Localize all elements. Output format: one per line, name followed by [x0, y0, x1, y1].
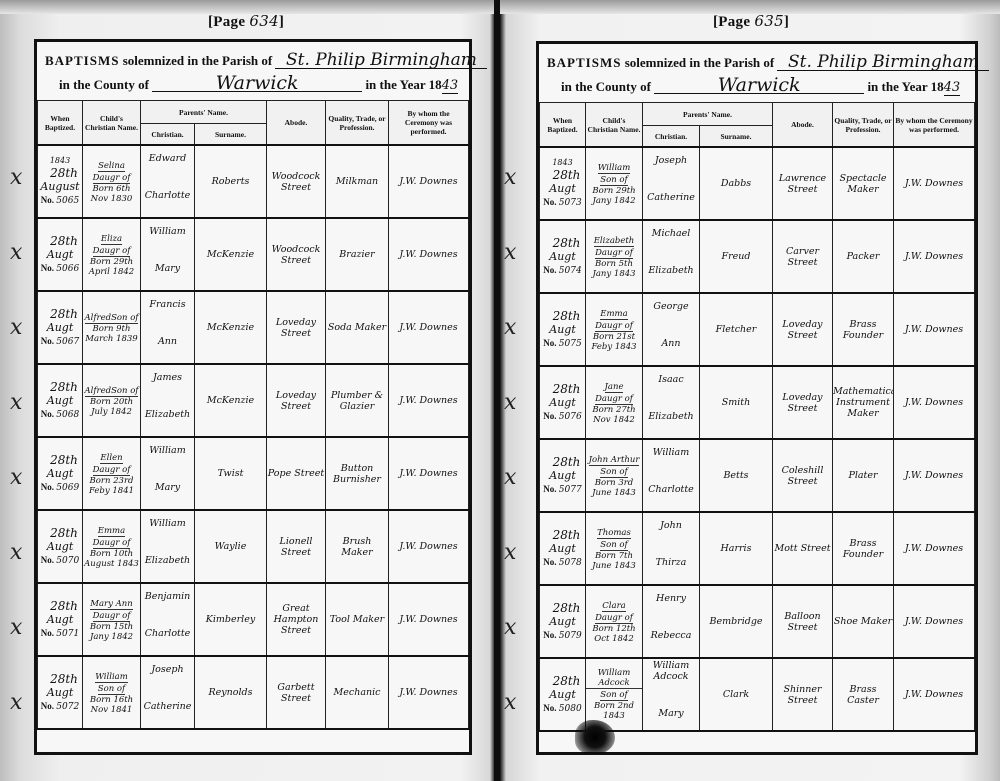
- table-row: 28thAugtNo. 5067AlfredSon ofBorn 9thMarc…: [38, 291, 469, 364]
- surname: Twist: [195, 437, 267, 510]
- child-name: William Adcock: [586, 668, 642, 689]
- parents-christian-cell: GeorgeAnn: [643, 293, 700, 366]
- col-surname: Surname.: [700, 126, 773, 148]
- child-name-cell: ClaraDaugr ofBorn 12thOct 1842: [586, 585, 643, 658]
- minister: J.W. Downes: [894, 658, 975, 731]
- birth-day: Born 29th: [586, 186, 642, 196]
- baptism-day: 28th: [38, 599, 82, 613]
- abode: Lawrence Street: [773, 147, 833, 220]
- birth-date: Jany 1842: [83, 632, 140, 642]
- father-name: William: [643, 447, 699, 458]
- trade: Brass Founder: [833, 293, 894, 366]
- child-relation: Son of: [111, 386, 138, 397]
- mother-name: Mary: [141, 263, 194, 274]
- child-relation: Daugr of: [93, 538, 131, 549]
- page-number: 635: [754, 12, 784, 30]
- year-suffix: 43: [944, 80, 961, 96]
- mother-name: Charlotte: [141, 628, 194, 639]
- abode: Garbett Street: [267, 656, 326, 729]
- minister: J.W. Downes: [894, 512, 975, 585]
- entry-number: No. 5079: [540, 629, 585, 642]
- register-frame: BAPTISMS solemnized in the Parish of St.…: [34, 39, 472, 755]
- mother-name: Charlotte: [141, 190, 194, 201]
- minister: J.W. Downes: [389, 510, 469, 583]
- parents-christian-cell: JosephCatherine: [141, 656, 195, 729]
- child-name: Selina: [98, 161, 125, 172]
- child-name: Mary Ann: [90, 599, 132, 610]
- baptism-date-cell: 28thAugtNo. 5079: [540, 585, 586, 658]
- parents-christian-cell: JamesElizabeth: [141, 364, 195, 437]
- surname: McKenzie: [195, 218, 267, 291]
- entry-number: No. 5075: [540, 337, 585, 350]
- parents-christian-cell: IsaacElizabeth: [643, 366, 700, 439]
- trade: Brass Founder: [833, 512, 894, 585]
- child-name: Eliza: [101, 234, 122, 245]
- birth-day: Born 5th: [586, 259, 642, 269]
- parents-christian-cell: JohnThirza: [643, 512, 700, 585]
- father-name: William: [141, 445, 194, 456]
- birth-date: March 1839: [83, 334, 140, 344]
- trade: Spectacle Maker: [833, 147, 894, 220]
- baptism-month: Augt: [38, 248, 82, 262]
- father-name: William: [141, 226, 194, 237]
- margin-check-mark-icon: x: [10, 315, 22, 340]
- parents-christian-cell: EdwardCharlotte: [141, 145, 195, 218]
- baptism-date-cell: 28thAugtNo. 5077: [540, 439, 586, 512]
- page-number-label: [Page 635]: [713, 12, 789, 31]
- parents-christian-cell: JosephCatherine: [643, 147, 700, 220]
- child-name: Alfred: [85, 386, 112, 397]
- entry-number: No. 5065: [38, 194, 82, 207]
- margin-check-mark-icon: x: [504, 390, 516, 415]
- surname: Roberts: [195, 145, 267, 218]
- minister: J.W. Downes: [894, 439, 975, 512]
- surname: Fletcher: [700, 293, 773, 366]
- trade: Soda Maker: [326, 291, 389, 364]
- entry-number: No. 5078: [540, 556, 585, 569]
- baptism-month: Augt: [38, 613, 82, 627]
- baptism-date-cell: 28thAugtNo. 5078: [540, 512, 586, 585]
- birth-date: June 1843: [586, 561, 642, 571]
- father-name: Edward: [141, 153, 194, 164]
- entry-number: No. 5076: [540, 410, 585, 423]
- birth-date: Feby 1841: [83, 486, 140, 496]
- table-row: 28thAugtNo. 5070EmmaDaugr ofBorn 10thAug…: [38, 510, 469, 583]
- birth-day: Born 3rd: [586, 478, 642, 488]
- mother-name: Rebecca: [643, 630, 699, 641]
- child-name-cell: EmmaDaugr ofBorn 21stFeby 1843: [586, 293, 643, 366]
- baptism-day: 28th: [540, 236, 585, 250]
- child-name: Alfred: [85, 313, 112, 324]
- table-row: 28thAugtNo. 5079ClaraDaugr ofBorn 12thOc…: [540, 585, 975, 658]
- child-name: Jane: [605, 382, 624, 393]
- entry-number: No. 5072: [38, 700, 82, 713]
- child-name-cell: JaneDaugr ofBorn 27thNov 1842: [586, 366, 643, 439]
- baptism-date-cell: 28thAugtNo. 5067: [38, 291, 83, 364]
- mother-name: Mary: [141, 482, 194, 493]
- col-child: Child's Christian Name.: [83, 101, 141, 146]
- baptism-date-cell: 28thAugtNo. 5071: [38, 583, 83, 656]
- table-row: 28thAugtNo. 5075EmmaDaugr ofBorn 21stFeb…: [540, 293, 975, 366]
- minister: J.W. Downes: [894, 585, 975, 658]
- col-surname: Surname.: [195, 124, 267, 146]
- page-number-label: [Page 634]: [208, 12, 284, 31]
- child-relation: Son of: [98, 684, 125, 695]
- birth-date: Feby 1843: [586, 342, 642, 352]
- table-row: 28thAugtNo. 5068AlfredSon ofBorn 20thJul…: [38, 364, 469, 437]
- trade: Plater: [833, 439, 894, 512]
- county-label: in the County of: [561, 79, 651, 94]
- child-name-cell: EllenDaugr ofBorn 23rdFeby 1841: [83, 437, 141, 510]
- surname: Bembridge: [700, 585, 773, 658]
- baptism-month: August: [38, 180, 82, 194]
- entry-number: No. 5070: [38, 554, 82, 567]
- baptism-date-cell: 28thAugtNo. 5070: [38, 510, 83, 583]
- trade: Button Burnisher: [326, 437, 389, 510]
- birth-day: Born 6th: [83, 184, 140, 194]
- table-row: 28thAugtNo. 5076JaneDaugr ofBorn 27thNov…: [540, 366, 975, 439]
- minister: J.W. Downes: [894, 293, 975, 366]
- col-minister: By whom the Ceremony was performed.: [894, 103, 975, 148]
- margin-check-mark-icon: x: [10, 615, 22, 640]
- register-title: BAPTISMS solemnized in the Parish of St.…: [539, 44, 975, 104]
- register-frame: BAPTISMS solemnized in the Parish of St.…: [536, 41, 978, 755]
- year-label: in the Year 18: [867, 79, 943, 94]
- child-relation: Daugr of: [93, 173, 131, 184]
- trade: Mechanic: [326, 656, 389, 729]
- entry-number: No. 5074: [540, 264, 585, 277]
- child-name: John Arthur: [589, 455, 640, 466]
- baptism-date-cell: 28thAugtNo. 5074: [540, 220, 586, 293]
- child-relation: Daugr of: [595, 394, 633, 405]
- mother-name: Elizabeth: [141, 555, 194, 566]
- surname: Harris: [700, 512, 773, 585]
- child-name-cell: AlfredSon ofBorn 9thMarch 1839: [83, 291, 141, 364]
- minister: J.W. Downes: [389, 656, 469, 729]
- child-relation: Daugr of: [595, 613, 633, 624]
- surname: Reynolds: [195, 656, 267, 729]
- child-name-cell: WilliamSon ofBorn 16thNov 1841: [83, 656, 141, 729]
- table-row: 28thAugtNo. 5069EllenDaugr ofBorn 23rdFe…: [38, 437, 469, 510]
- abode: Coleshill Street: [773, 439, 833, 512]
- county-name: Warwick: [152, 75, 362, 92]
- title-solemnized: solemnized in the Parish of: [625, 55, 775, 70]
- child-relation: Son of: [111, 313, 138, 324]
- baptism-date-cell: 28thAugtNo. 5069: [38, 437, 83, 510]
- year-label: in the Year 18: [365, 77, 441, 92]
- birth-day: Born 21st: [586, 332, 642, 342]
- birth-day: Born 9th: [83, 324, 140, 334]
- abode: Shinner Street: [773, 658, 833, 731]
- abode: Lionell Street: [267, 510, 326, 583]
- col-child: Child's Christian Name.: [586, 103, 643, 148]
- baptism-date-cell: 184328thAugustNo. 5065: [38, 145, 83, 218]
- father-name: John: [643, 520, 699, 531]
- col-abode: Abode.: [267, 101, 326, 146]
- child-relation: Son of: [600, 467, 627, 478]
- mother-name: Charlotte: [643, 484, 699, 495]
- mother-name: Thirza: [643, 557, 699, 568]
- col-trade: Quality, Trade, or Profession.: [833, 103, 894, 148]
- margin-check-mark-icon: x: [10, 390, 22, 415]
- abode: Balloon Street: [773, 585, 833, 658]
- baptism-month: Augt: [540, 688, 585, 702]
- birth-date: April 1842: [83, 267, 140, 277]
- baptism-day: 28th: [540, 674, 585, 688]
- surname: Smith: [700, 366, 773, 439]
- father-name: Michael: [643, 228, 699, 239]
- birth-date: June 1843: [586, 488, 642, 498]
- minister: J.W. Downes: [389, 291, 469, 364]
- baptism-date-cell: 28thAugtNo. 5076: [540, 366, 586, 439]
- parents-christian-cell: WilliamMary: [141, 218, 195, 291]
- baptism-register-table: When Baptized. Child's Christian Name. P…: [37, 100, 469, 730]
- baptism-day: 28th: [540, 455, 585, 469]
- entry-number: No. 5073: [540, 196, 585, 209]
- baptism-date-cell: 28thAugtNo. 5066: [38, 218, 83, 291]
- margin-check-mark-icon: x: [504, 315, 516, 340]
- minister: J.W. Downes: [894, 220, 975, 293]
- birth-date: Jany 1842: [586, 196, 642, 206]
- table-row: 28thAugtNo. 5074ElizabethDaugr ofBorn 5t…: [540, 220, 975, 293]
- baptism-month: Augt: [540, 615, 585, 629]
- entry-number: No. 5066: [38, 262, 82, 275]
- abode: Loveday Street: [773, 366, 833, 439]
- mother-name: Catherine: [643, 192, 699, 203]
- birth-day: Born 23rd: [83, 476, 140, 486]
- table-row: 28thAugtNo. 5066ElizaDaugr ofBorn 29thAp…: [38, 218, 469, 291]
- margin-check-mark-icon: x: [10, 165, 22, 190]
- child-name-cell: ThomasSon ofBorn 7thJune 1843: [586, 512, 643, 585]
- birth-date: July 1842: [83, 407, 140, 417]
- baptism-register-table: When Baptized. Child's Christian Name. P…: [539, 102, 975, 732]
- birth-day: Born 20th: [83, 397, 140, 407]
- trade: Packer: [833, 220, 894, 293]
- child-name: William: [95, 672, 128, 683]
- abode: Loveday Street: [267, 291, 326, 364]
- margin-check-mark-icon: x: [10, 690, 22, 715]
- surname: Clark: [700, 658, 773, 731]
- baptism-day: 28th: [38, 453, 82, 467]
- surname: McKenzie: [195, 291, 267, 364]
- baptism-month: Augt: [540, 396, 585, 410]
- baptism-month: Augt: [38, 686, 82, 700]
- child-name-cell: SelinaDaugr ofBorn 6thNov 1830: [83, 145, 141, 218]
- baptism-month: Augt: [540, 542, 585, 556]
- baptism-date-cell: 184328thAugtNo. 5073: [540, 147, 586, 220]
- abode: Loveday Street: [773, 293, 833, 366]
- birth-date: Nov 1830: [83, 194, 140, 204]
- trade: Brass Caster: [833, 658, 894, 731]
- father-name: Isaac: [643, 374, 699, 385]
- margin-check-mark-icon: x: [504, 540, 516, 565]
- minister: J.W. Downes: [389, 437, 469, 510]
- minister: J.W. Downes: [894, 147, 975, 220]
- trade: Milkman: [326, 145, 389, 218]
- baptism-day: 28th: [540, 309, 585, 323]
- county-label: in the County of: [59, 77, 149, 92]
- minister: J.W. Downes: [389, 583, 469, 656]
- margin-check-mark-icon: x: [10, 465, 22, 490]
- col-when: When Baptized.: [38, 101, 83, 146]
- parents-christian-cell: William AdcockMary: [643, 658, 700, 731]
- baptism-date-cell: 28thAugtNo. 5072: [38, 656, 83, 729]
- mother-name: Mary: [643, 708, 699, 719]
- child-relation: Son of: [600, 690, 627, 701]
- child-name-cell: John ArthurSon ofBorn 3rdJune 1843: [586, 439, 643, 512]
- birth-day: Born 2nd: [586, 701, 642, 711]
- birth-day: Born 15th: [83, 622, 140, 632]
- baptism-day: 28th: [540, 601, 585, 615]
- entry-year: 1843: [540, 158, 585, 168]
- margin-check-mark-icon: x: [504, 165, 516, 190]
- child-relation: Daugr of: [93, 611, 131, 622]
- col-parents: Parents' Name.: [643, 103, 773, 126]
- mother-name: Ann: [141, 336, 194, 347]
- parents-christian-cell: BenjaminCharlotte: [141, 583, 195, 656]
- child-name: Emma: [98, 526, 125, 537]
- abode: Pope Street: [267, 437, 326, 510]
- birth-date: Jany 1843: [586, 269, 642, 279]
- table-row: 184328thAugustNo. 5065SelinaDaugr ofBorn…: [38, 145, 469, 218]
- surname: Dabbs: [700, 147, 773, 220]
- birth-day: Born 12th: [586, 624, 642, 634]
- margin-check-mark-icon: x: [504, 465, 516, 490]
- entry-year: 1843: [38, 156, 82, 166]
- parents-christian-cell: WilliamCharlotte: [643, 439, 700, 512]
- child-name: Clara: [602, 601, 625, 612]
- table-row: 28thAugtNo. 5077John ArthurSon ofBorn 3r…: [540, 439, 975, 512]
- baptism-month: Augt: [540, 250, 585, 264]
- col-trade: Quality, Trade, or Profession.: [326, 101, 389, 146]
- abode: Mott Street: [773, 512, 833, 585]
- title-baptisms: BAPTISMS: [547, 55, 621, 70]
- birth-day: Born 16th: [83, 695, 140, 705]
- register-title: BAPTISMS solemnized in the Parish of St.…: [37, 42, 469, 102]
- baptism-month: Augt: [38, 467, 82, 481]
- child-name-cell: EmmaDaugr ofBorn 10thAugust 1843: [83, 510, 141, 583]
- birth-date: Nov 1841: [83, 705, 140, 715]
- birth-date: Oct 1842: [586, 634, 642, 644]
- baptism-day: 28th: [540, 528, 585, 542]
- baptism-day: 28th: [540, 168, 585, 182]
- entry-number: No. 5068: [38, 408, 82, 421]
- col-when: When Baptized.: [540, 103, 586, 148]
- surname: Betts: [700, 439, 773, 512]
- surname: McKenzie: [195, 364, 267, 437]
- parents-christian-cell: HenryRebecca: [643, 585, 700, 658]
- entry-number: No. 5069: [38, 481, 82, 494]
- child-name: Thomas: [597, 528, 631, 539]
- baptism-date-cell: 28thAugtNo. 5080: [540, 658, 586, 731]
- birth-day: Born 29th: [83, 257, 140, 267]
- baptism-month: Augt: [38, 321, 82, 335]
- col-christian: Christian.: [643, 126, 700, 148]
- child-relation: Daugr of: [595, 321, 633, 332]
- baptism-day: 28th: [38, 166, 82, 180]
- parents-christian-cell: MichaelElizabeth: [643, 220, 700, 293]
- margin-check-mark-icon: x: [10, 240, 22, 265]
- child-name: Ellen: [100, 453, 122, 464]
- baptism-month: Augt: [540, 323, 585, 337]
- baptism-date-cell: 28thAugtNo. 5075: [540, 293, 586, 366]
- title-solemnized: solemnized in the Parish of: [123, 53, 273, 68]
- mother-name: Elizabeth: [643, 265, 699, 276]
- baptism-month: Augt: [540, 182, 585, 196]
- abode: Great Hampton Street: [267, 583, 326, 656]
- child-relation: Son of: [600, 540, 627, 551]
- baptism-month: Augt: [38, 394, 82, 408]
- child-name: William: [598, 163, 631, 174]
- father-name: William Adcock: [643, 660, 699, 682]
- trade: Brush Maker: [326, 510, 389, 583]
- child-relation: Daugr of: [93, 465, 131, 476]
- margin-check-mark-icon: x: [504, 615, 516, 640]
- parents-christian-cell: FrancisAnn: [141, 291, 195, 364]
- child-relation: Daugr of: [93, 246, 131, 257]
- birth-date: Nov 1842: [586, 415, 642, 425]
- child-name: Emma: [600, 309, 627, 320]
- mother-name: Ann: [643, 338, 699, 349]
- county-name: Warwick: [654, 77, 864, 94]
- abode: Woodcock Street: [267, 218, 326, 291]
- trade: Tool Maker: [326, 583, 389, 656]
- minister: J.W. Downes: [389, 145, 469, 218]
- parish-name: St. Philip Birmingham: [777, 54, 989, 71]
- child-name-cell: ElizabethDaugr ofBorn 5thJany 1843: [586, 220, 643, 293]
- surname: Waylie: [195, 510, 267, 583]
- father-name: Francis: [141, 299, 194, 310]
- father-name: Henry: [643, 593, 699, 604]
- table-row: 28thAugtNo. 5072WilliamSon ofBorn 16thNo…: [38, 656, 469, 729]
- left-page: [Page 634] BAPTISMS solemnized in the Pa…: [0, 0, 494, 781]
- trade: Mathematical Instrument Maker: [833, 366, 894, 439]
- entry-number: No. 5080: [540, 702, 585, 715]
- col-christian: Christian.: [141, 124, 195, 146]
- abode: Loveday Street: [267, 364, 326, 437]
- mother-name: Catherine: [141, 701, 194, 712]
- father-name: Joseph: [643, 155, 699, 166]
- birth-date: August 1843: [83, 559, 140, 569]
- child-relation: Son of: [600, 175, 627, 186]
- baptism-day: 28th: [38, 672, 82, 686]
- birth-day: Born 27th: [586, 405, 642, 415]
- child-relation: Daugr of: [595, 248, 633, 259]
- margin-check-mark-icon: x: [10, 540, 22, 565]
- trade: Shoe Maker: [833, 585, 894, 658]
- col-parents: Parents' Name.: [141, 101, 267, 124]
- parish-name: St. Philip Birmingham: [275, 52, 487, 69]
- birth-day: Born 10th: [83, 549, 140, 559]
- trade: Brazier: [326, 218, 389, 291]
- ink-blot: [575, 720, 615, 754]
- minister: J.W. Downes: [389, 364, 469, 437]
- father-name: James: [141, 372, 194, 383]
- child-name-cell: ElizaDaugr ofBorn 29thApril 1842: [83, 218, 141, 291]
- father-name: William: [141, 518, 194, 529]
- abode: Carver Street: [773, 220, 833, 293]
- col-minister: By whom the Ceremony was performed.: [389, 101, 469, 146]
- child-name-cell: AlfredSon ofBorn 20thJuly 1842: [83, 364, 141, 437]
- baptism-month: Augt: [38, 540, 82, 554]
- child-name: Elizabeth: [594, 236, 635, 247]
- baptism-date-cell: 28thAugtNo. 5068: [38, 364, 83, 437]
- baptism-month: Augt: [540, 469, 585, 483]
- entry-number: No. 5071: [38, 627, 82, 640]
- minister: J.W. Downes: [894, 366, 975, 439]
- title-baptisms: BAPTISMS: [45, 53, 119, 68]
- table-row: 28thAugtNo. 5071Mary AnnDaugr ofBorn 15t…: [38, 583, 469, 656]
